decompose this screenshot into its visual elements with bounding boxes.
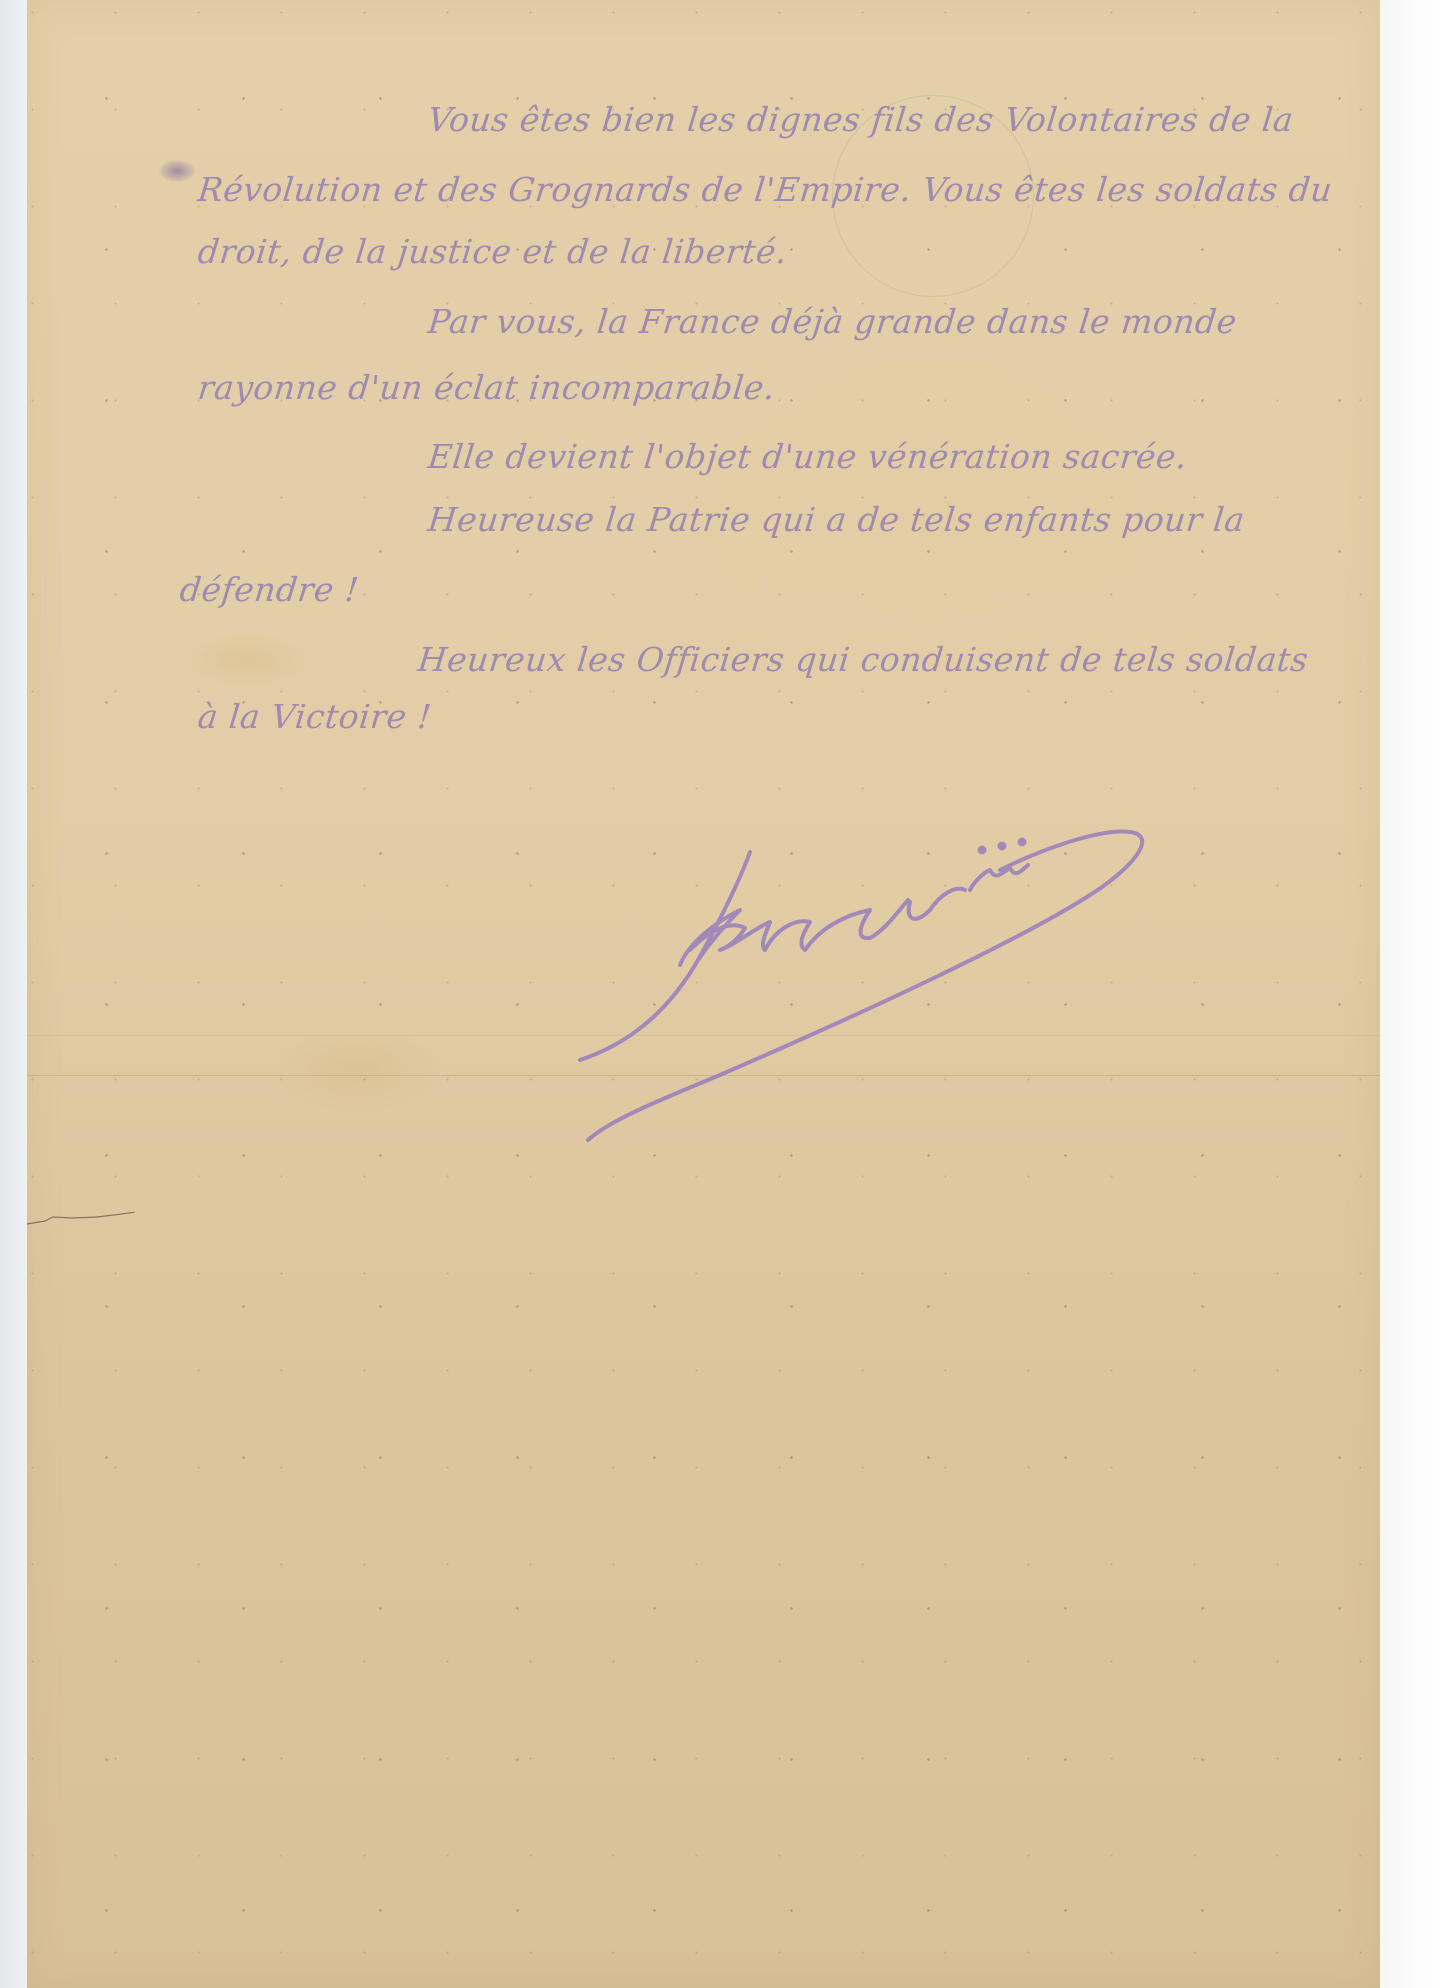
- letter-body: Vous êtes bien les dignes fils des Volon…: [0, 0, 1445, 1988]
- letter-line-2: Révolution et des Grognards de l'Empire.…: [196, 170, 1335, 210]
- letter-line-6: Elle devient l'objet d'une vénération sa…: [426, 437, 1189, 477]
- letter-line-1: Vous êtes bien les dignes fils des Volon…: [426, 100, 1296, 140]
- letter-line-3: droit, de la justice et de la liberté.: [196, 232, 789, 272]
- letter-line-4: Par vous, la France déjà grande dans le …: [426, 302, 1239, 342]
- letter-line-8: défendre !: [178, 570, 361, 610]
- letter-line-5: rayonne d'un éclat incomparable.: [196, 368, 777, 408]
- signature: Ferradini: [570, 810, 1190, 1150]
- letter-line-9: Heureux les Officiers qui conduisent de …: [416, 640, 1310, 680]
- letter-line-10: à la Victoire !: [196, 697, 434, 737]
- letter-line-7: Heureuse la Patrie qui a de tels enfants…: [426, 500, 1247, 540]
